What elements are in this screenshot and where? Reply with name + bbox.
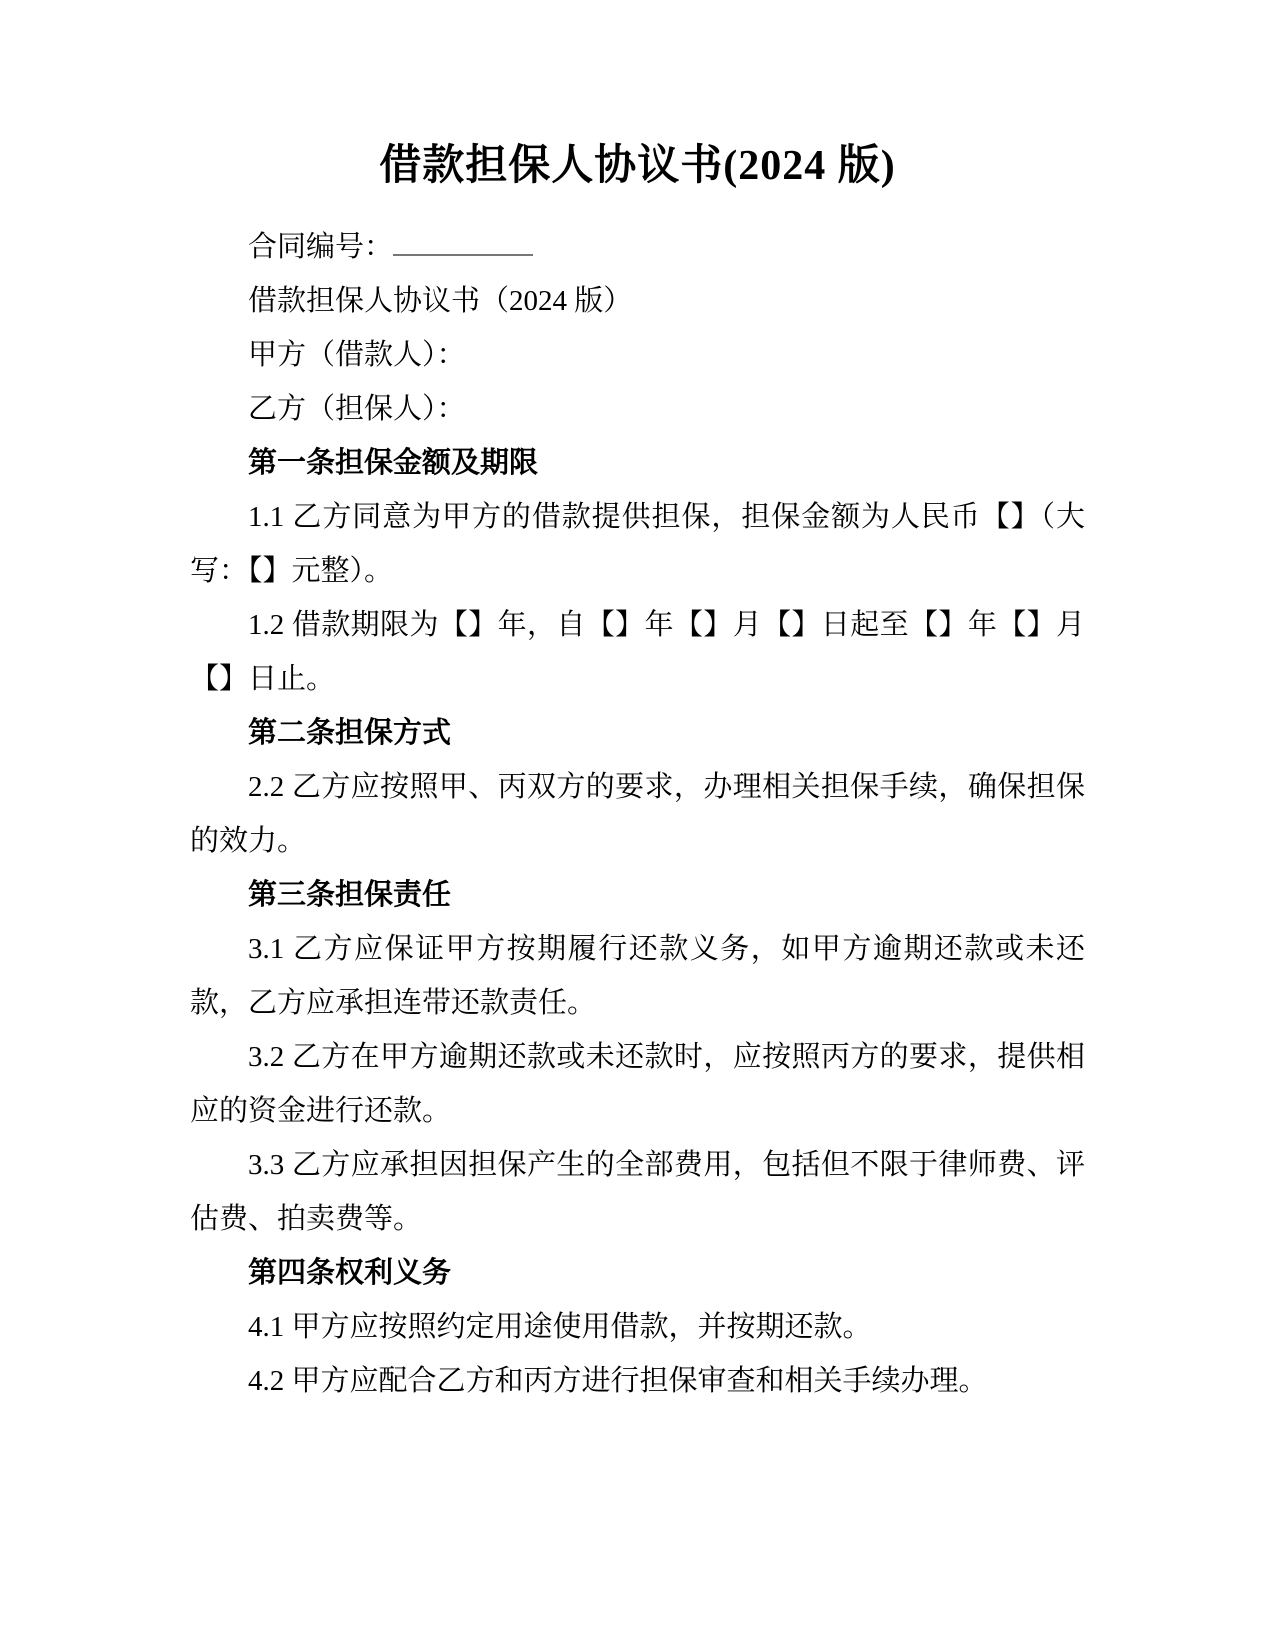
- contract-number-line: 合同编号：: [190, 220, 1085, 274]
- paragraph: 2.2 乙方应按照甲、丙双方的要求，办理相关担保手续，确保担保的效力。: [190, 760, 1085, 868]
- section-heading: 第四条权利义务: [190, 1246, 1085, 1300]
- paragraph: 4.2 甲方应配合乙方和丙方进行担保审查和相关手续办理。: [190, 1354, 1085, 1408]
- paragraph: 1.2 借款期限为【】年，自【】年【】月【】日起至【】年【】月【】日止。: [190, 598, 1085, 706]
- paragraph: 乙方（担保人）：: [190, 382, 1085, 436]
- paragraph: 1.1 乙方同意为甲方的借款提供担保，担保金额为人民币【】（大写：【】元整）。: [190, 490, 1085, 598]
- paragraph: 3.2 乙方在甲方逾期还款或未还款时，应按照丙方的要求，提供相应的资金进行还款。: [190, 1030, 1085, 1138]
- document-title: 借款担保人协议书(2024 版): [190, 134, 1085, 198]
- contract-number-label: 合同编号：: [248, 231, 393, 263]
- paragraph: 借款担保人协议书（2024 版）: [190, 274, 1085, 328]
- section-heading: 第一条担保金额及期限: [190, 436, 1085, 490]
- paragraph: 甲方（借款人）：: [190, 328, 1085, 382]
- paragraph: 3.1 乙方应保证甲方按期履行还款义务，如甲方逾期还款或未还款，乙方应承担连带还…: [190, 922, 1085, 1030]
- document-body: 合同编号：借款担保人协议书（2024 版）甲方（借款人）：乙方（担保人）：第一条…: [190, 220, 1085, 1408]
- document-page: 借款担保人协议书(2024 版) 合同编号：借款担保人协议书（2024 版）甲方…: [0, 0, 1275, 1650]
- section-heading: 第二条担保方式: [190, 706, 1085, 760]
- paragraph: 4.1 甲方应按照约定用途使用借款，并按期还款。: [190, 1300, 1085, 1354]
- contract-number-blank: [393, 225, 533, 256]
- paragraph: 3.3 乙方应承担因担保产生的全部费用，包括但不限于律师费、评估费、拍卖费等。: [190, 1138, 1085, 1246]
- section-heading: 第三条担保责任: [190, 868, 1085, 922]
